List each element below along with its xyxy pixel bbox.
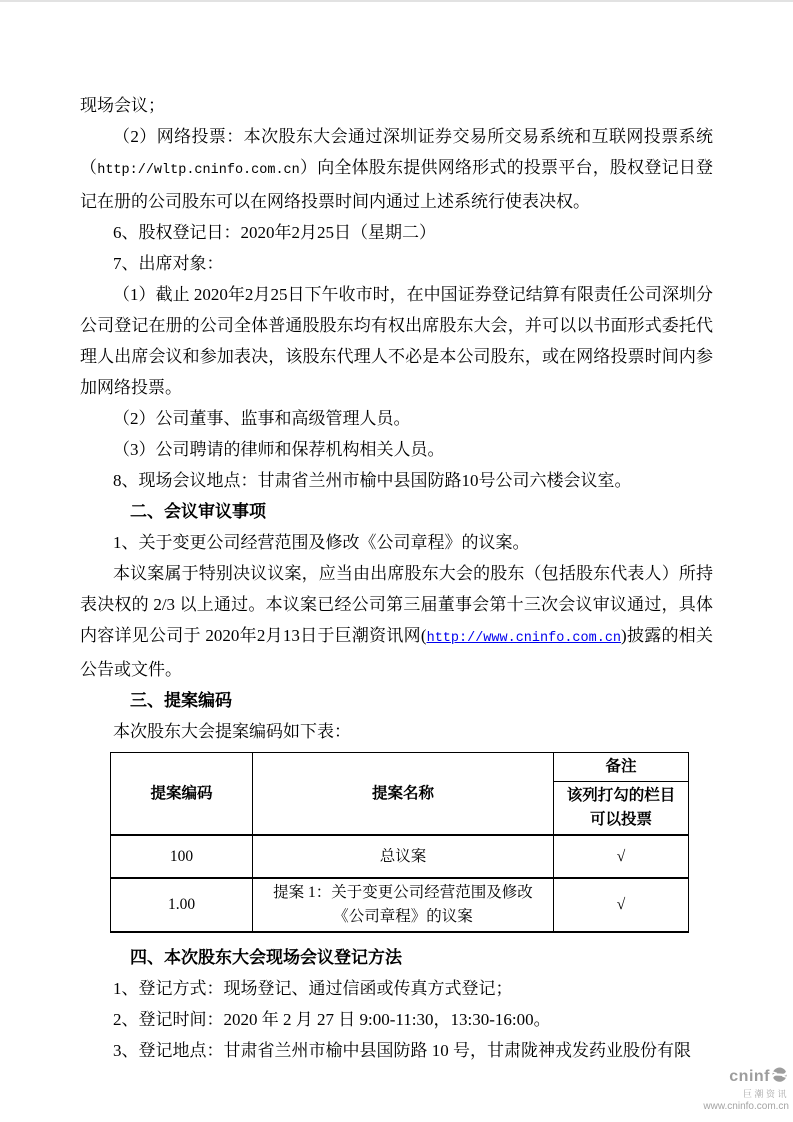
table-row: 100 总议案 √: [111, 835, 689, 878]
para-record-date: 6、股权登记日：2020年2月25日（星期二）: [80, 217, 713, 248]
para-registration-method: 1、登记方式：现场登记、通过信函或传真方式登记；: [80, 973, 713, 1004]
cell-name-proposal-1: 提案 1：关于变更公司经营范围及修改《公司章程》的议案: [253, 878, 554, 932]
cell-name-general: 总议案: [253, 835, 554, 878]
para-attendee-shareholders: （1）截止 2020年2月25日下午收市时，在中国证券登记结算有限责任公司深圳分…: [80, 279, 713, 403]
table-header-row: 提案编码 提案名称 备注: [111, 753, 689, 782]
cninfo-swirl-icon: [769, 1064, 793, 1091]
cell-code-1-00: 1.00: [111, 878, 253, 932]
para-attendee-lawyers: （3）公司聘请的律师和保荐机构相关人员。: [80, 434, 713, 465]
cell-code-100: 100: [111, 835, 253, 878]
cninfo-hyperlink[interactable]: http://www.cninfo.com.cn: [427, 631, 621, 646]
heading-section-2-agenda: 二、会议审议事项: [80, 496, 713, 527]
cninfo-brand-row: cninf: [703, 1066, 789, 1088]
proposal-code-table: 提案编码 提案名称 备注 该列打勾的栏目可以投票 100 总议案 √ 1.00 …: [110, 752, 689, 933]
header-proposal-code: 提案编码: [111, 753, 253, 836]
header-proposal-name: 提案名称: [253, 753, 554, 836]
header-remark: 备注: [554, 753, 689, 782]
para-attendee-directors: （2）公司董事、监事和高级管理人员。: [80, 403, 713, 434]
cninfo-chinese-name: 巨潮资讯: [703, 1089, 789, 1099]
document-content: 现场会议； （2）网络投票：本次股东大会通过深圳证券交易所交易系统和互联网投票系…: [80, 90, 713, 1066]
para-network-voting: （2）网络投票：本次股东大会通过深圳证券交易所交易系统和互联网投票系统（http…: [80, 121, 713, 217]
wltp-url-text: http://wltp.cninfo.com.cn: [97, 163, 300, 178]
header-remark-sub: 该列打勾的栏目可以投票: [554, 782, 689, 836]
document-page: 现场会议； （2）网络投票：本次股东大会通过深圳证券交易所交易系统和互联网投票系…: [0, 0, 793, 1122]
para-table-intro: 本次股东大会提案编码如下表：: [80, 716, 713, 747]
para-proposal-item: 1、关于变更公司经营范围及修改《公司章程》的议案。: [80, 527, 713, 558]
cell-remark-check: √: [554, 835, 689, 878]
cninfo-watermark: cninf 巨潮资讯 www.cninfo.com.cn: [703, 1066, 789, 1112]
heading-section-3-proposal-code: 三、提案编码: [80, 685, 713, 716]
table-row: 1.00 提案 1：关于变更公司经营范围及修改《公司章程》的议案 √: [111, 878, 689, 932]
para-attendees: 7、出席对象：: [80, 248, 713, 279]
cninfo-brand-text: cninf: [729, 1068, 770, 1086]
para-registration-time: 2、登记时间：2020 年 2 月 27 日 9:00-11:30，13:30-…: [80, 1004, 713, 1035]
para-meeting-venue: 8、现场会议地点：甘肃省兰州市榆中县国防路10号公司六楼会议室。: [80, 465, 713, 496]
para-registration-place: 3、登记地点：甘肃省兰州市榆中县国防路 10 号，甘肃陇神戎发药业股份有限: [80, 1035, 713, 1066]
para-onsite-meeting: 现场会议；: [80, 90, 713, 121]
heading-section-4-registration: 四、本次股东大会现场会议登记方法: [80, 942, 713, 973]
cninfo-site-url: www.cninfo.com.cn: [703, 1101, 789, 1113]
para-special-resolution: 本议案属于特别决议议案，应当由出席股东大会的股东（包括股东代表人）所持表决权的 …: [80, 558, 713, 685]
cell-remark-check: √: [554, 878, 689, 932]
